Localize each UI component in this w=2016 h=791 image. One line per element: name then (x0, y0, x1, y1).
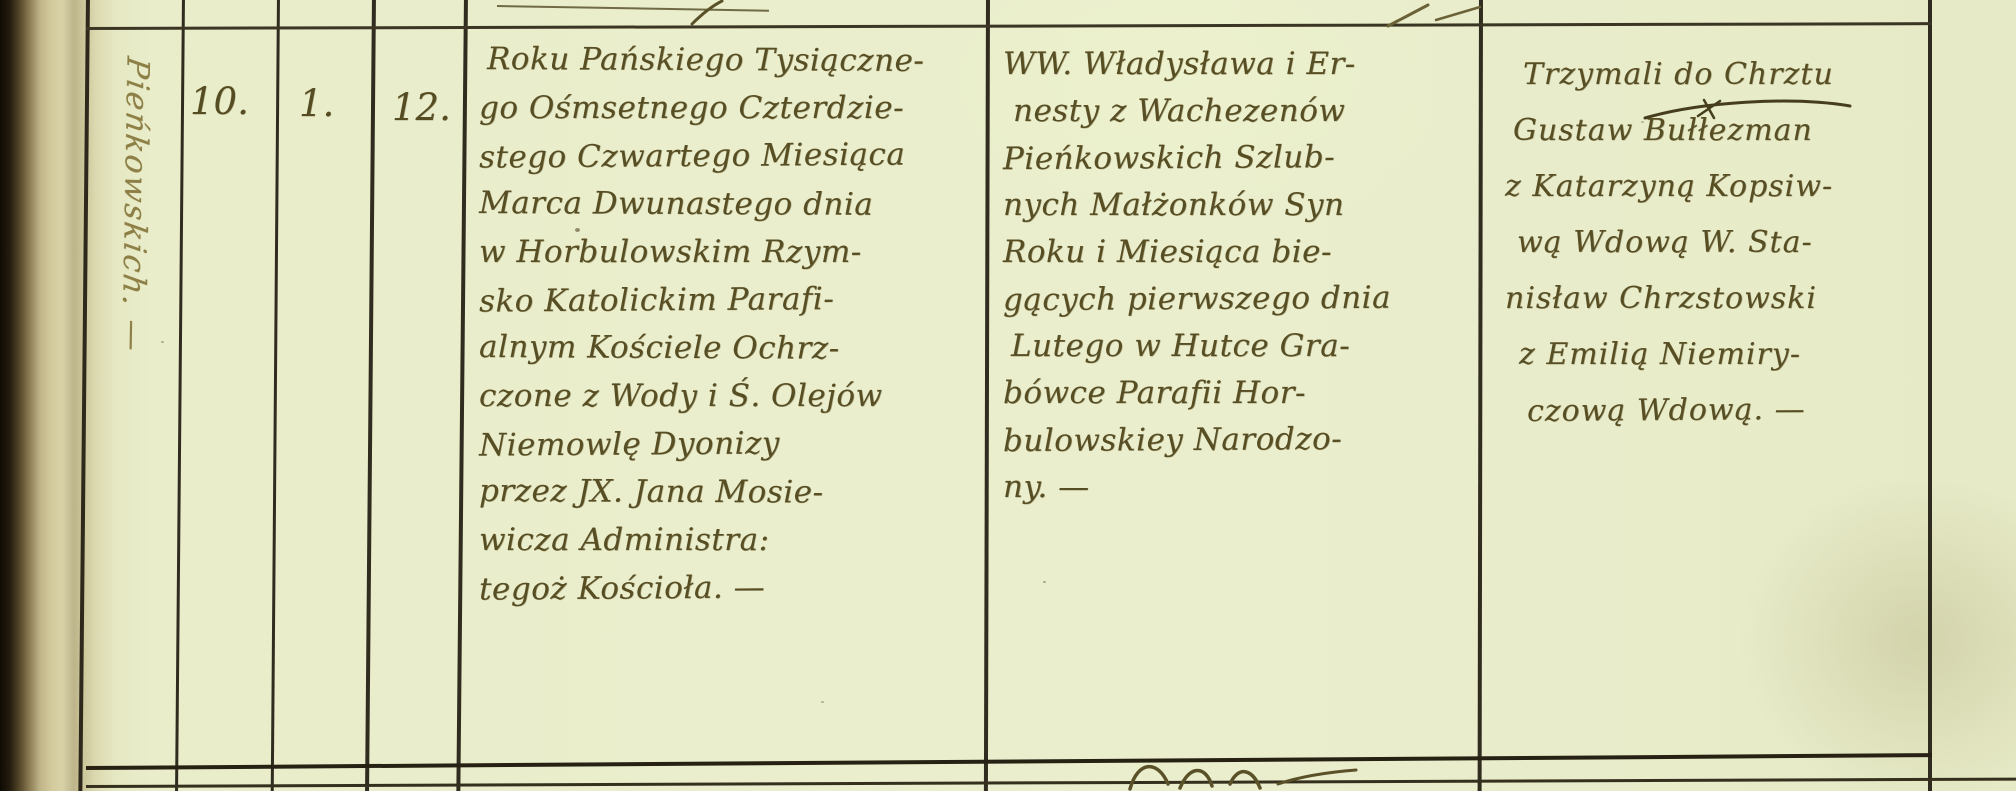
grid-vline-surname-right (175, 0, 185, 791)
handwritten-line: nych Małżonków Syn (1003, 182, 1391, 229)
handwritten-line: Pieńkowskich Szlub- (1003, 134, 1391, 183)
handwritten-line: Roku i Miesiąca bie- (1003, 229, 1391, 276)
handwritten-line: Marca Dwunastego dnia (479, 179, 925, 229)
handwritten-line: Roku Pańskiego Tysiączne- (479, 35, 925, 85)
handwritten-line: wicza Administra: (479, 516, 924, 564)
grid-vline-act-right (984, 0, 990, 791)
previous-row-ink-fragment-right (1380, 0, 1490, 30)
correction-scribble (1640, 92, 1855, 128)
grid-hline-top (86, 22, 1932, 30)
grid-vline-col1-right (271, 0, 280, 791)
handwritten-line: gących pierwszego dnia (1003, 275, 1391, 324)
margin-surname-vertical: Pieńkowskich. — (114, 54, 155, 355)
grid-vline-godparents-right (1928, 0, 1932, 791)
parents-birth-cell: WW. Władysława i Er- nesty z Wachezenów … (1003, 41, 1391, 511)
handwritten-line: sko Katolickim Parafi- (479, 274, 925, 325)
act-text-cell: Roku Pańskiego Tysiączne- go Ośmsetnego … (479, 36, 924, 612)
handwritten-line: czową Wdową. — (1505, 382, 1834, 440)
ink-specks (575, 228, 580, 232)
act-number: 10. (190, 80, 249, 123)
handwritten-line: ny. — (1003, 464, 1391, 511)
handwritten-line: w Horbulowskim Rzym- (479, 228, 924, 276)
grid-vline-margin-left (78, 0, 90, 791)
count-number-male: 1. (299, 82, 334, 125)
grid-vline-parents-right (1478, 0, 1483, 791)
grid-hline-bottom-outer (86, 778, 2016, 788)
handwritten-line: czone z Wody i Ś. Olejów (479, 372, 924, 420)
handwritten-line: nesty z Wachezenów (1003, 88, 1391, 135)
handwritten-line: stego Czwartego Miesiąca (479, 130, 925, 181)
handwritten-line: WW. Władysława i Er- (1003, 41, 1391, 88)
grid-hline-bottom (86, 753, 1932, 770)
handwritten-line: Lutego w Hutce Gra- (1003, 323, 1391, 370)
grid-vline-col2-right (365, 0, 376, 791)
register-page-scan: Pieńkowskich. — 10. 1. 12. Roku Pańskieg… (0, 0, 2016, 791)
handwritten-line: go Ośmsetnego Czterdzie- (479, 84, 924, 132)
handwritten-line: nisław Chrzstowski (1505, 271, 1834, 327)
handwritten-line: przez JX. Jana Mosie- (479, 467, 925, 517)
count-number-page: 12. (392, 86, 451, 129)
handwritten-line: Niemowlę Dyonizy (479, 418, 925, 469)
grid-vline-col3-right (456, 0, 468, 791)
next-row-ink-fragment (1120, 752, 1370, 791)
handwritten-line: z Katarzyną Kopsiw- (1505, 159, 1834, 215)
handwritten-line: wą Wdową W. Sta- (1505, 215, 1834, 271)
handwritten-line: alnym Kościele Ochrz- (479, 323, 925, 373)
previous-row-ink-fragment (688, 0, 732, 26)
handwritten-line: bówce Parafii Hor- (1003, 370, 1391, 417)
handwritten-line: tegoż Kościoła. — (479, 562, 925, 613)
handwritten-line: z Emilią Niemiry- (1505, 327, 1834, 383)
handwritten-line: bulowskiey Narodzo- (1003, 416, 1391, 465)
